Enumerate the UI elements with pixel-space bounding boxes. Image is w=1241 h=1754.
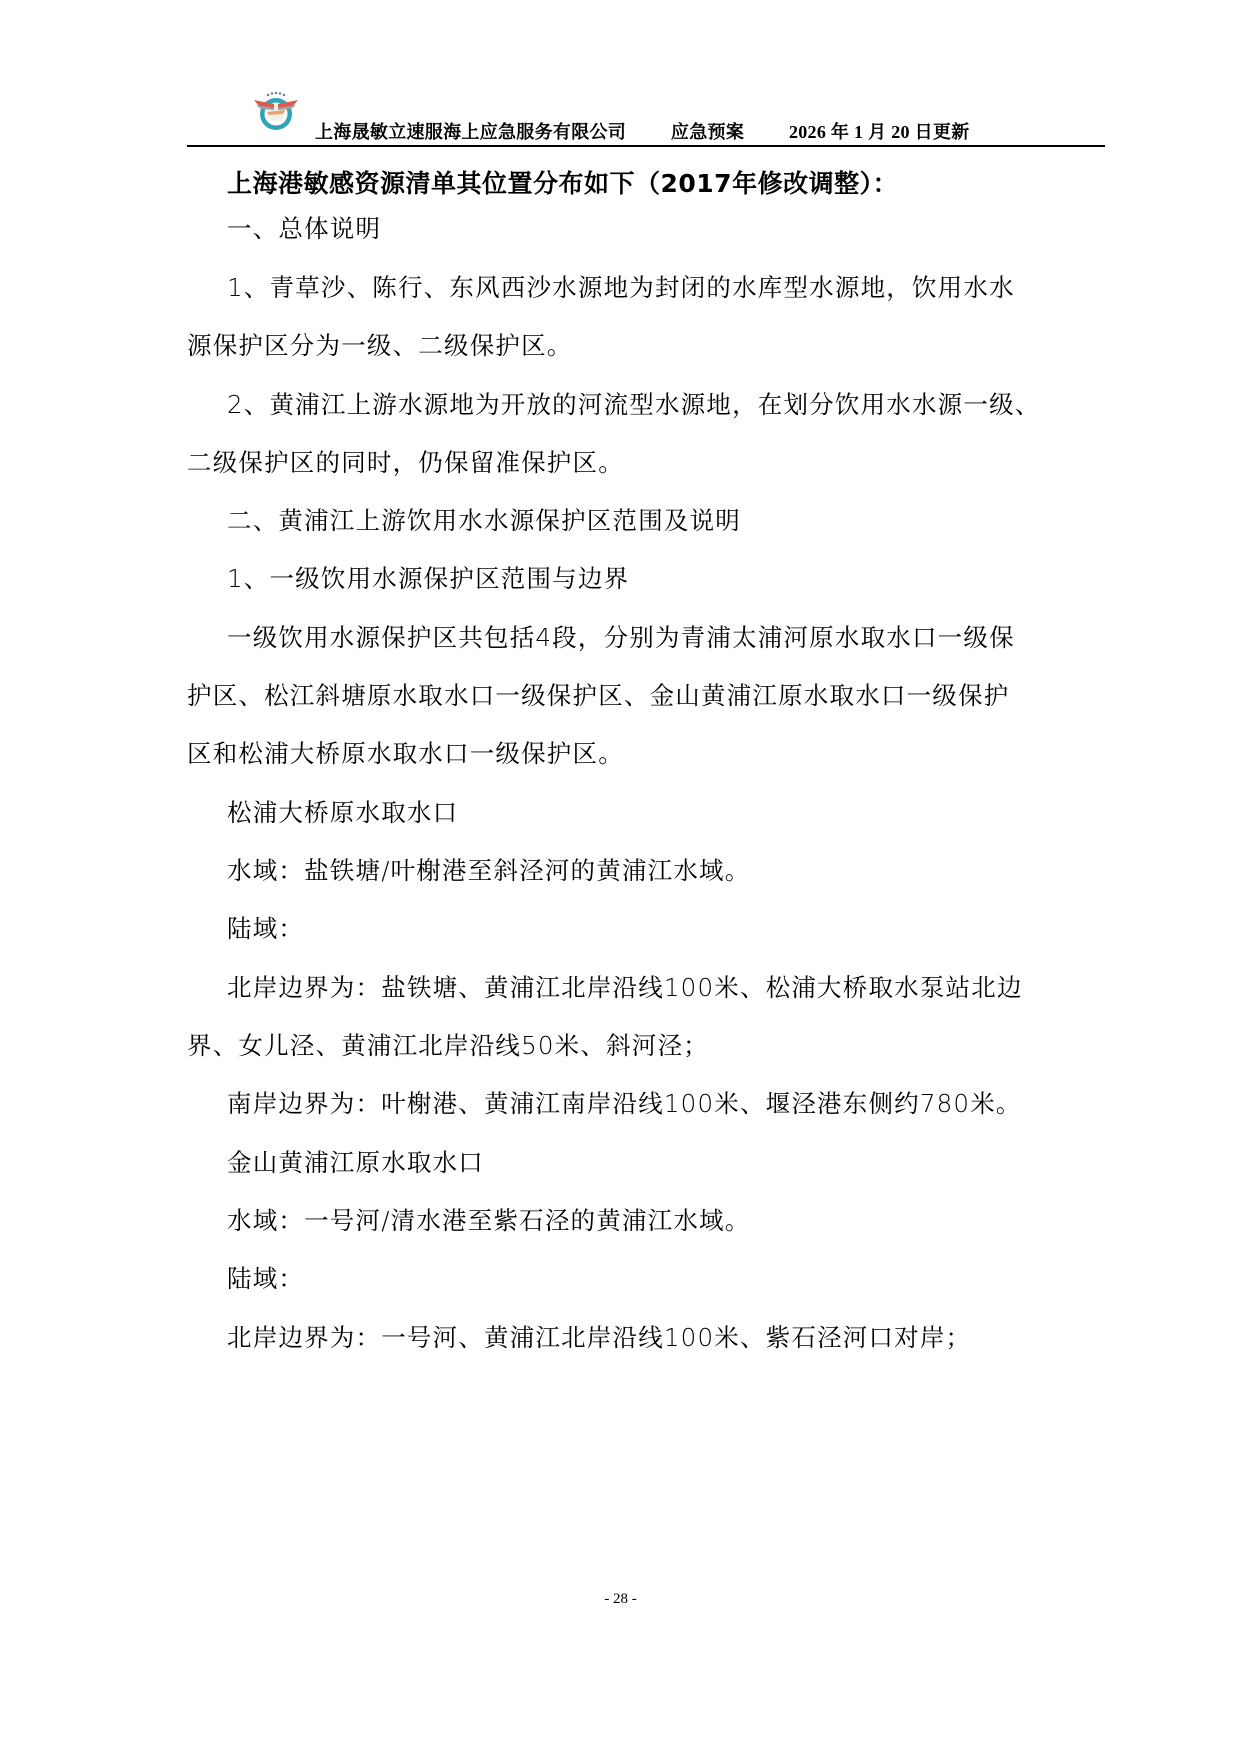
header-company-name: 上海晟敏立速服海上应急服务有限公司 xyxy=(315,118,626,144)
page-header: 上海晟敏立速服海上应急服务有限公司 应急预案 2026 年 1 月 20 日更新 xyxy=(187,88,1105,146)
paragraph-line: 界、女儿泾、黄浦江北岸沿线50米、斜河泾； xyxy=(187,1017,709,1075)
paragraph-line: 水域：盐铁塘/叶榭港至斜泾河的黄浦江水域。 xyxy=(227,842,750,900)
paragraph-line: 水域：一号河/清水港至紫石泾的黄浦江水域。 xyxy=(227,1192,750,1250)
header-document-type: 应急预案 xyxy=(671,118,744,144)
paragraph-line: 北岸边界为：盐铁塘、黄浦江北岸沿线100米、松浦大桥取水泵站北边 xyxy=(227,959,1023,1017)
section-heading-huangpu: 二、黄浦江上游饮用水水源保护区范围及说明 xyxy=(227,492,741,550)
paragraph-line: 源保护区分为一级、二级保护区。 xyxy=(187,317,573,375)
header-update-date: 2026 年 1 月 20 日更新 xyxy=(789,118,970,144)
paragraph-line: 区和松浦大桥原水取水口一级保护区。 xyxy=(187,725,624,783)
paragraph-line: 陆域： xyxy=(227,900,304,958)
paragraph-line: 护区、松江斜塘原水取水口一级保护区、金山黄浦江原水取水口一级保护 xyxy=(187,667,1009,725)
header-divider xyxy=(187,145,1105,147)
paragraph-line: 2、黄浦江上游水源地为开放的河流型水源地，在划分饮用水水源一级、 xyxy=(227,376,1040,434)
header-text: 上海晟敏立速服海上应急服务有限公司 应急预案 2026 年 1 月 20 日更新 xyxy=(315,118,970,144)
page-number: - 28 - xyxy=(0,1591,1241,1608)
subsection-heading: 1、一级饮用水源保护区范围与边界 xyxy=(227,550,629,608)
paragraph-line: 1、青草沙、陈行、东风西沙水源地为封闭的水库型水源地，饮用水水 xyxy=(227,259,1015,317)
paragraph-line: 一级饮用水源保护区共包括4段，分别为青浦太浦河原水取水口一级保 xyxy=(227,609,1015,667)
paragraph-line: 陆域： xyxy=(227,1250,304,1308)
paragraph-line: 北岸边界为：一号河、黄浦江北岸沿线100米、紫石泾河口对岸； xyxy=(227,1309,971,1367)
paragraph-line: 南岸边界为：叶榭港、黄浦江南岸沿线100米、堰泾港东侧约780米。 xyxy=(227,1075,1022,1133)
company-emblem-icon xyxy=(253,90,299,134)
page-title: 上海港敏感资源清单其位置分布如下（2017年修改调整）： xyxy=(227,164,898,200)
paragraph-line: 二级保护区的同时，仍保留准保护区。 xyxy=(187,434,624,492)
intake-heading-songpu: 松浦大桥原水取水口 xyxy=(227,784,458,842)
intake-heading-jinshan: 金山黄浦江原水取水口 xyxy=(227,1134,484,1192)
section-heading-overview: 一、总体说明 xyxy=(227,200,381,258)
